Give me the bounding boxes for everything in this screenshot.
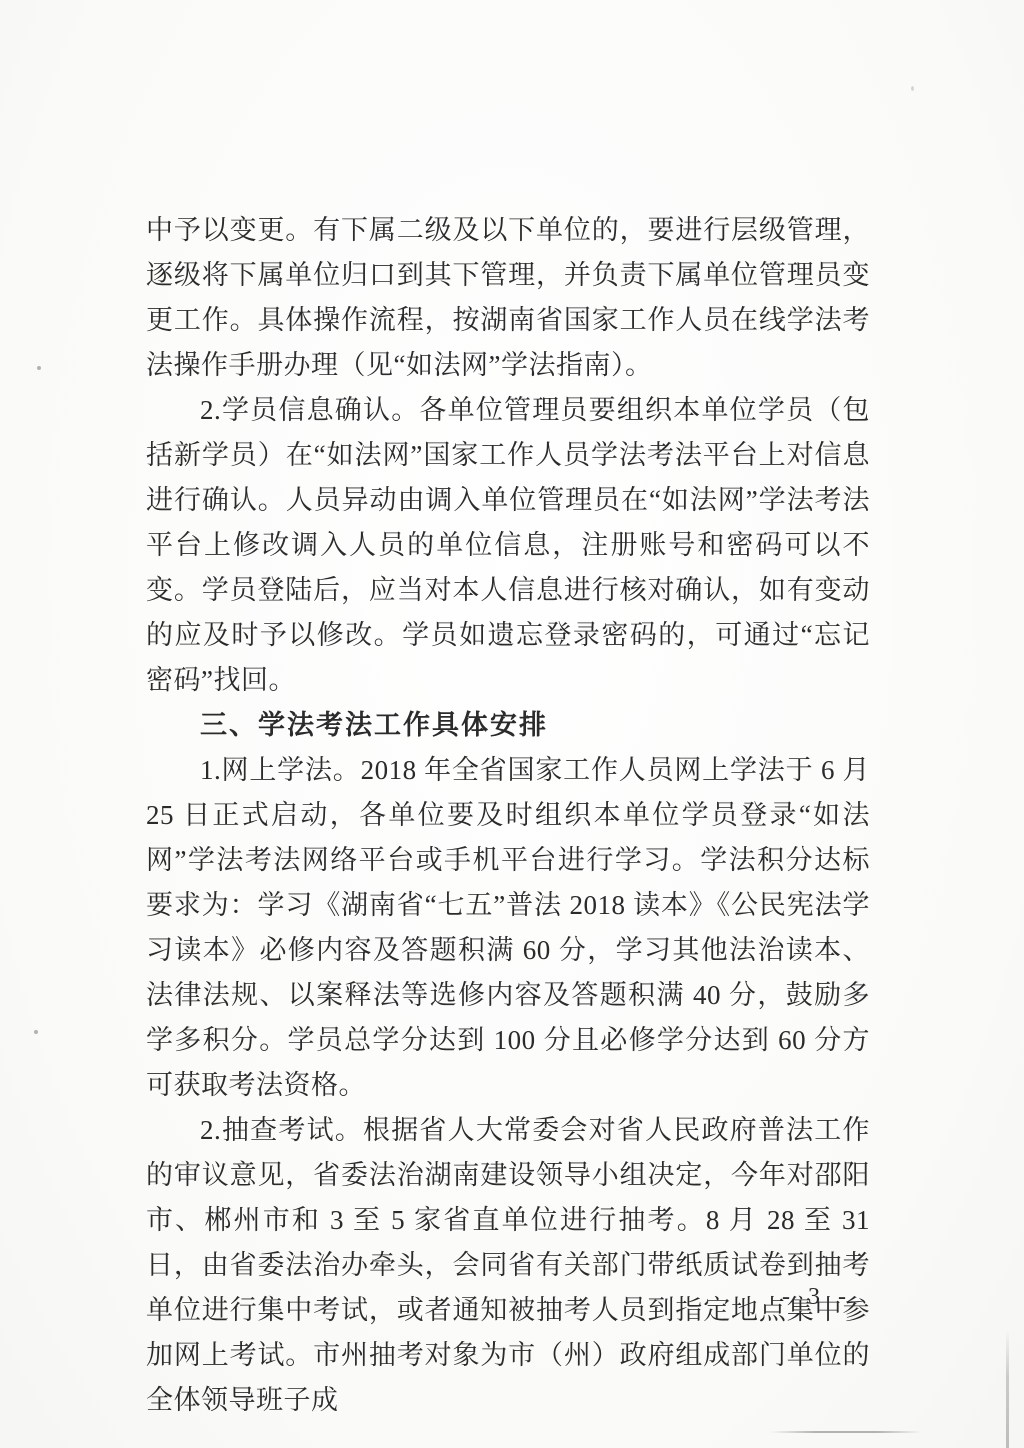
paragraph-student-info-confirmation: 2.学员信息确认。各单位管理员要组织本单位学员（包括新学员）在“如法网”国家工作… bbox=[146, 388, 870, 703]
scan-artifact-right-edge-line bbox=[1006, 1330, 1009, 1448]
scan-speck bbox=[34, 1030, 38, 1034]
paragraph-unit-admin-continuation: 中予以变更。有下属二级及以下单位的，要进行层级管理，逐级将下属单位归口到其下管理… bbox=[146, 208, 870, 388]
scan-speck bbox=[911, 86, 914, 91]
paragraph-spot-check-exam: 2.抽查考试。根据省人大常委会对省人民政府普法工作的审议意见，省委法治湖南建设领… bbox=[146, 1108, 870, 1423]
scanned-document-page: 中予以变更。有下属二级及以下单位的，要进行层级管理，逐级将下属单位归口到其下管理… bbox=[0, 0, 1024, 1448]
document-body: 中予以变更。有下属二级及以下单位的，要进行层级管理，逐级将下属单位归口到其下管理… bbox=[146, 208, 870, 1423]
paragraph-online-learning: 1.网上学法。2018 年全省国家工作人员网上学法于 6 月 25 日正式启动，… bbox=[146, 748, 870, 1108]
scan-speck bbox=[37, 366, 41, 370]
page-number: - 3 - bbox=[782, 1284, 852, 1311]
scan-artifact-bottom-line bbox=[770, 1431, 922, 1433]
section-heading-work-arrangement: 三、学法考法工作具体安排 bbox=[146, 703, 870, 748]
